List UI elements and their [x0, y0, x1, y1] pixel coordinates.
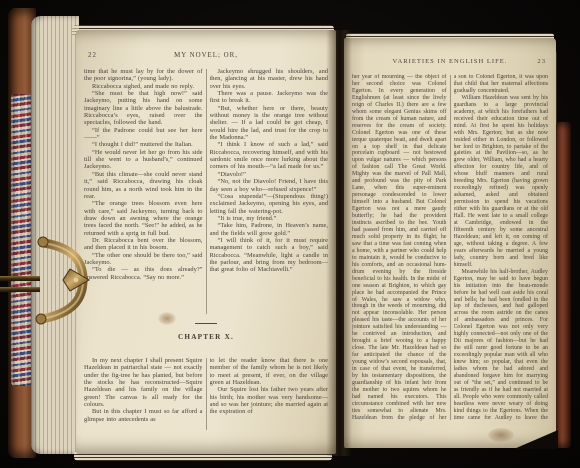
paragraph: “I thought I did!” muttered the Italian.	[84, 141, 203, 148]
paragraph: to let the reader know that there is one…	[210, 357, 329, 386]
paragraph: a son to Colonel Egerton, it was upon th…	[454, 74, 549, 95]
paragraph: “I think I know of such a lad,” said Ric…	[210, 141, 329, 170]
right-page: VARIETIES IN ENGLISH LIFE. 23 her year o…	[344, 38, 556, 448]
paragraph: In my next chapter I shall present Squir…	[84, 357, 203, 408]
right-page-header: VARIETIES IN ENGLISH LIFE. 23	[352, 58, 548, 68]
paragraph: William Hazeldean was sent by his guardi…	[454, 95, 549, 269]
paragraph: “Diavolo!”	[210, 171, 329, 178]
left-page-upper-columns: time that he must lay by for the dower o…	[84, 68, 328, 315]
left-lower-column-1: In my next chapter I shall present Squir…	[84, 357, 203, 431]
left-page: 22 MY NOVEL; OR, time that he must lay b…	[76, 30, 336, 454]
paragraph: Meanwhile his half-brother, Audley Egert…	[454, 269, 549, 421]
page-number-right: 23	[537, 58, 546, 65]
right-column-1: her year of mourning — the object of her…	[352, 74, 447, 421]
left-page-header: 22 MY NOVEL; OR,	[86, 52, 326, 62]
running-title-right: VARIETIES IN ENGLISH LIFE.	[352, 58, 548, 65]
paragraph: “To die — as this does already?” answere…	[84, 266, 203, 281]
chapter-break: CHAPTER X.	[76, 323, 336, 357]
paragraph: “Take him, Padrone, in Heaven’s name, an…	[210, 222, 329, 237]
paragraph: “I will think of it, for it must require…	[210, 237, 329, 274]
paragraph: Our Squire lost his father two years aft…	[210, 386, 329, 415]
paragraph: “The orange trees blossom even here with…	[84, 200, 203, 237]
left-lower-column-2: to let the reader know that there is one…	[210, 357, 329, 431]
paragraph: “It is true, my friend.”	[210, 215, 329, 222]
column-divider-rule	[206, 358, 207, 430]
brass-clasp-icon	[0, 228, 94, 334]
paragraph: But in this chapter I must so far afford…	[84, 408, 203, 423]
paragraph: “But, whether here or there, beauty with…	[210, 105, 329, 142]
column-divider-rule	[450, 75, 451, 420]
book-gutter-shadow	[326, 30, 352, 456]
left-page-lower-columns: In my next chapter I shall present Squir…	[84, 357, 328, 431]
paragraph: “But this climate—she could never stand …	[84, 171, 203, 200]
paragraph: There was a pause. Jackeymo was the firs…	[210, 90, 329, 105]
paragraph: “If the Padrone could but see her here——…	[84, 127, 203, 142]
paragraph: Riccabocca sighed, and made no reply.	[84, 83, 203, 90]
column-divider-rule	[206, 69, 207, 314]
right-column-2: a son to Colonel Egerton, it was upon th…	[454, 74, 549, 421]
paragraph: “She must be that high now!” said Jackey…	[84, 90, 203, 127]
chapter-heading: CHAPTER X.	[76, 333, 336, 341]
running-title-left: MY NOVEL; OR,	[86, 52, 326, 59]
paragraph: “The other one should be there too,” sai…	[84, 252, 203, 267]
paragraph: Jackeymo shrugged his shoulders, and the…	[210, 68, 329, 90]
left-upper-column-2: Jackeymo shrugged his shoulders, and the…	[210, 68, 329, 315]
section-rule	[195, 323, 217, 324]
leather-cover-right-edge	[556, 122, 571, 448]
paragraph: Dr. Riccabocca bent over the blossom, an…	[84, 237, 203, 252]
book-photograph: 22 MY NOVEL; OR, time that he must lay b…	[0, 0, 580, 468]
paragraph: her year of mourning — the object of her…	[352, 74, 447, 421]
left-upper-column-1: time that he must lay by for the dower o…	[84, 68, 203, 315]
paragraph: “He would never let her go from his side…	[84, 149, 203, 171]
paragraph: time that he must lay by for the dower o…	[84, 68, 203, 83]
paragraph: “Cosa stupenda!”—(Stupendous thing!) exc…	[210, 193, 329, 215]
paragraph: “No, not the Diavolo! Friend, I have thi…	[210, 178, 329, 193]
right-page-columns: her year of mourning — the object of her…	[352, 74, 548, 421]
